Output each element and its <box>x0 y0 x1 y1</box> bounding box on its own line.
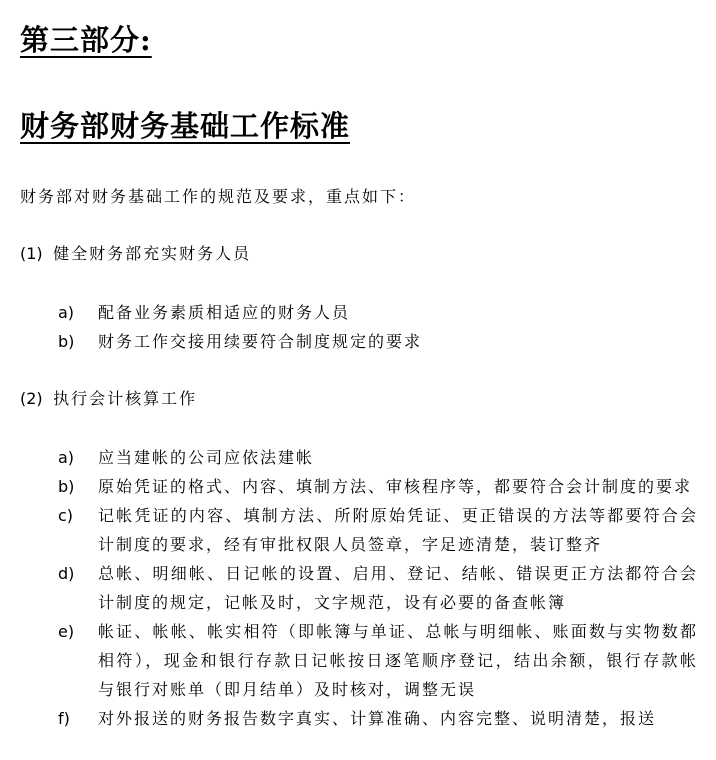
list-marker: d) <box>58 559 98 617</box>
list-item-text: 财务工作交接用续要符合制度规定的要求 <box>98 327 698 356</box>
list-item-text: 原始凭证的格式、内容、填制方法、审核程序等，都要符合会计制度的要求 <box>98 472 698 501</box>
list-item: b) 原始凭证的格式、内容、填制方法、审核程序等，都要符合会计制度的要求 <box>58 472 698 501</box>
list-marker: c) <box>58 501 98 559</box>
list-item: c) 记帐凭证的内容、填制方法、所附原始凭证、更正错误的方法等都要符合会计制度的… <box>58 501 698 559</box>
list-item-text: 总帐、明细帐、日记帐的设置、启用、登记、结帐、错误更正方法都符合会计制度的规定，… <box>98 559 698 617</box>
list-item: e) 帐证、帐帐、帐实相符（即帐簿与单证、总帐与明细帐、账面数与实物数都相符），… <box>58 617 698 704</box>
list-marker: a) <box>58 443 98 472</box>
list-item: a) 应当建帐的公司应依法建帐 <box>58 443 698 472</box>
list-item: b) 财务工作交接用续要符合制度规定的要求 <box>58 327 698 356</box>
section-number: (2) <box>20 387 46 411</box>
list-marker: e) <box>58 617 98 704</box>
section-title: 财务部财务基础工作标准 <box>20 104 350 148</box>
part-title: 第三部分: <box>20 18 152 62</box>
list-marker: a) <box>58 298 98 327</box>
list-item-text: 配备业务素质相适应的财务人员 <box>98 298 698 327</box>
list-marker: b) <box>58 327 98 356</box>
list-item-text: 对外报送的财务报告数字真实、计算准确、内容完整、说明清楚，报送 <box>98 704 698 733</box>
list-item-text: 应当建帐的公司应依法建帐 <box>98 443 698 472</box>
list-item: a) 配备业务素质相适应的财务人员 <box>58 298 698 327</box>
section-heading-2: (2) 执行会计核算工作 <box>20 387 197 411</box>
intro-paragraph: 财务部对财务基础工作的规范及要求，重点如下： <box>20 185 416 209</box>
list-item: d) 总帐、明细帐、日记帐的设置、启用、登记、结帐、错误更正方法都符合会计制度的… <box>58 559 698 617</box>
section-heading-text: 健全财务部充实财务人员 <box>53 244 251 263</box>
section-heading-1: (1) 健全财务部充实财务人员 <box>20 242 251 266</box>
section-number: (1) <box>20 242 46 266</box>
list-marker: f) <box>58 704 98 733</box>
list-item-text: 帐证、帐帐、帐实相符（即帐簿与单证、总帐与明细帐、账面数与实物数都相符），现金和… <box>98 617 698 704</box>
list-item: f) 对外报送的财务报告数字真实、计算准确、内容完整、说明清楚，报送 <box>58 704 698 733</box>
section-2-list: a) 应当建帐的公司应依法建帐 b) 原始凭证的格式、内容、填制方法、审核程序等… <box>58 443 698 733</box>
list-marker: b) <box>58 472 98 501</box>
section-heading-text: 执行会计核算工作 <box>53 389 197 408</box>
list-item-text: 记帐凭证的内容、填制方法、所附原始凭证、更正错误的方法等都要符合会计制度的要求，… <box>98 501 698 559</box>
section-1-list: a) 配备业务素质相适应的财务人员 b) 财务工作交接用续要符合制度规定的要求 <box>58 298 698 356</box>
